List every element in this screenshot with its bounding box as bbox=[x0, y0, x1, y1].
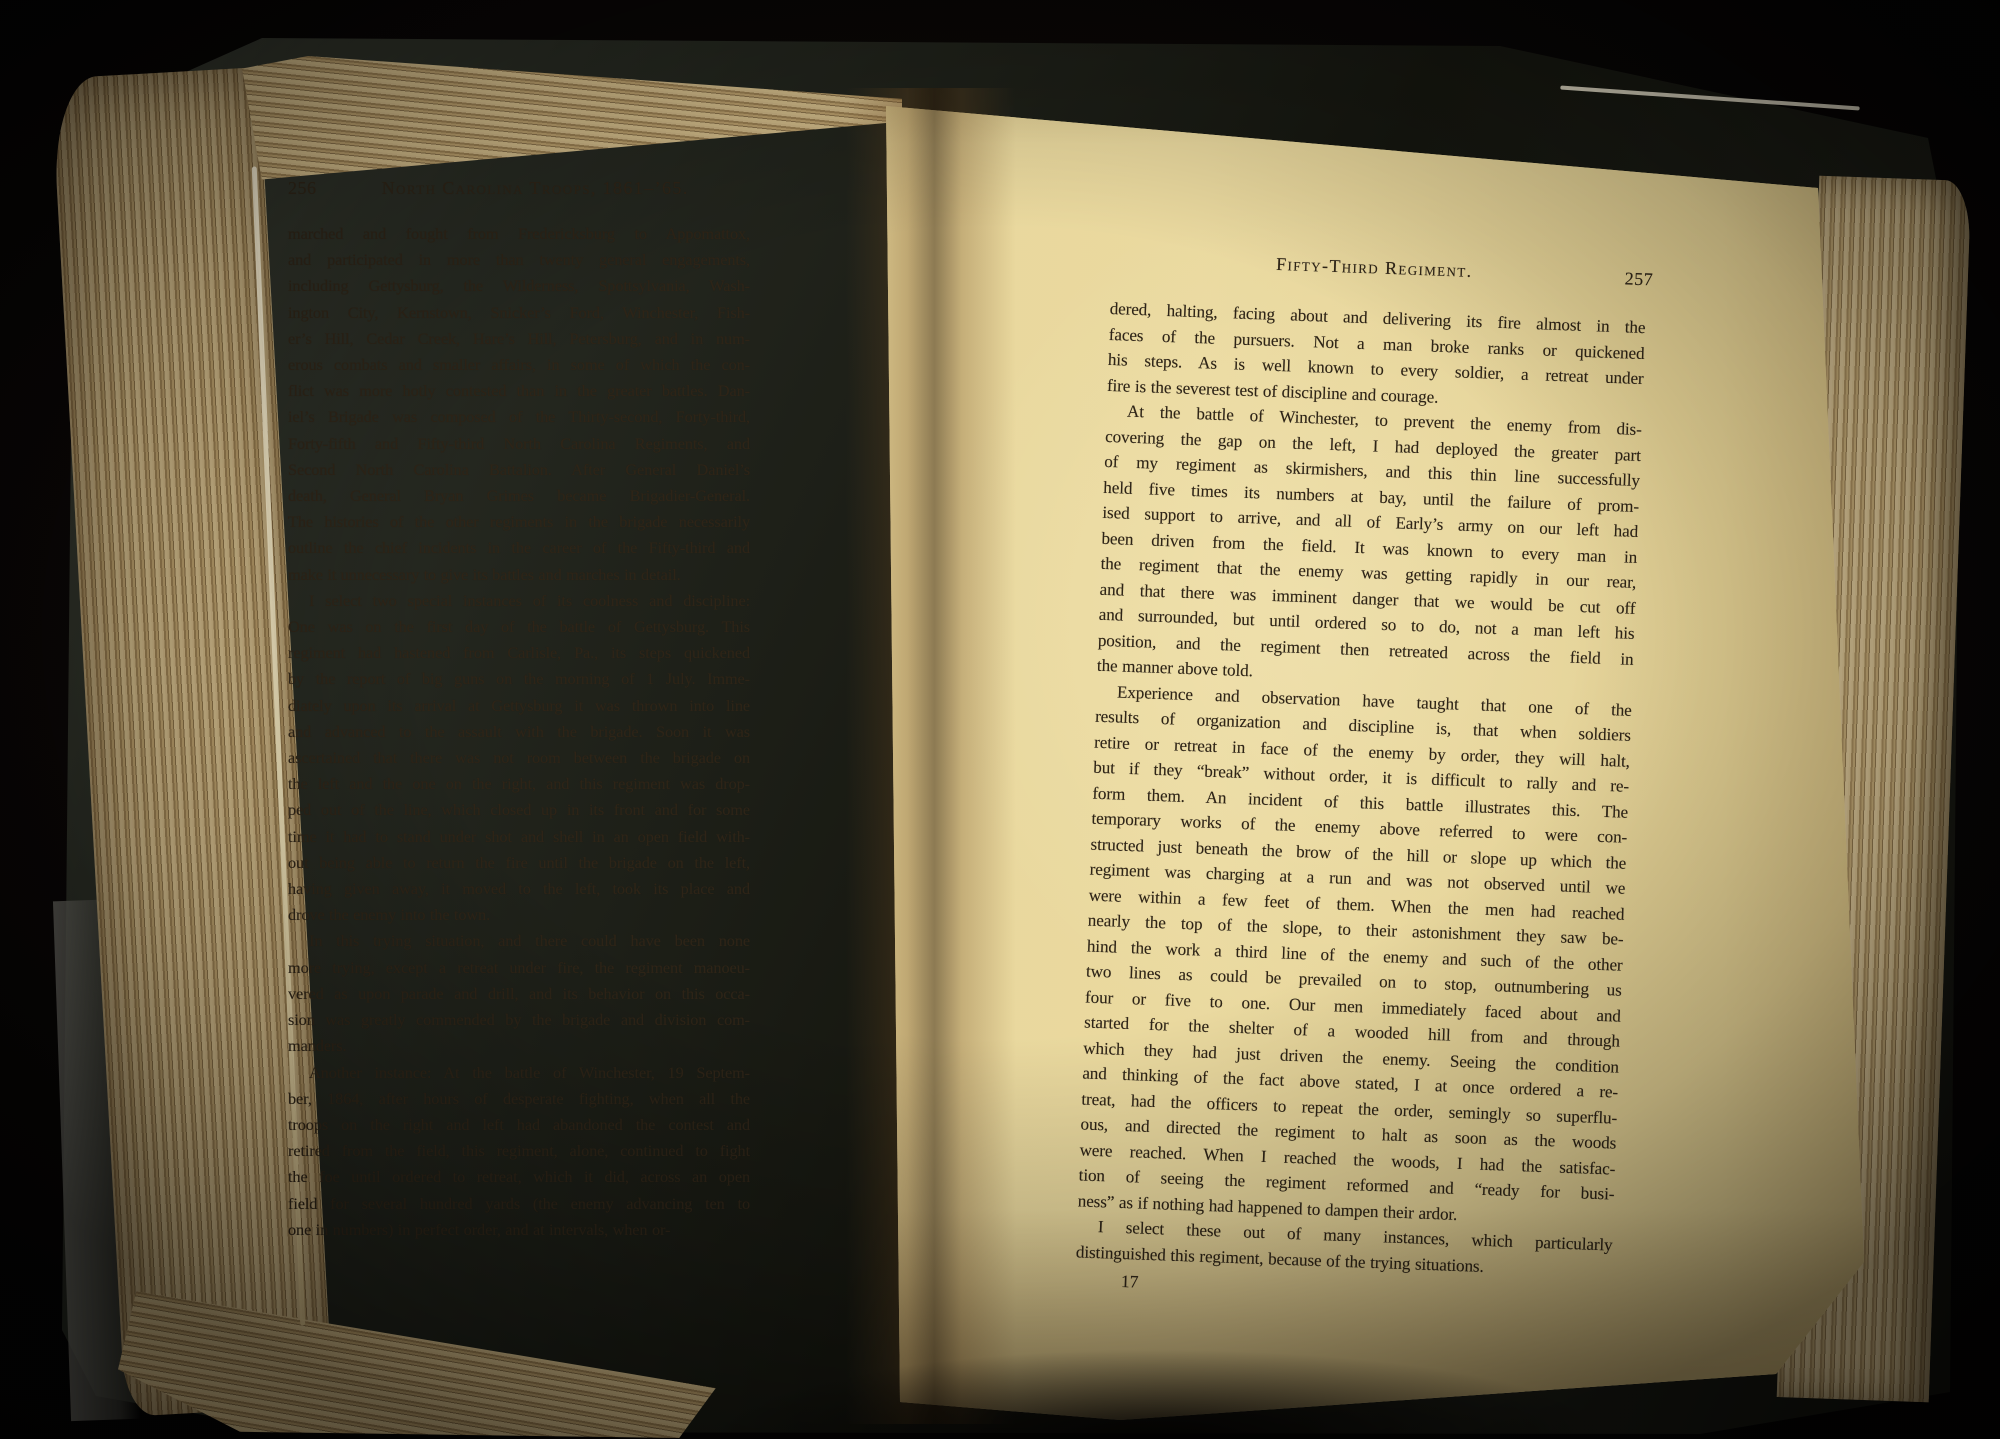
left-page-header: 256 North Carolina Troops, 1861–’65. bbox=[288, 176, 750, 200]
left-page-text: 256 North Carolina Troops, 1861–’65. mar… bbox=[288, 176, 750, 1243]
text-line: make it unnecessary to give its battles … bbox=[288, 562, 750, 588]
text-line: iel’s Brigade was composed of the Thirty… bbox=[288, 404, 750, 430]
text-line: Another instance: At the battle of Winch… bbox=[288, 1060, 750, 1086]
text-line: having given away, it moved to the left,… bbox=[288, 876, 750, 902]
gutter-shadow bbox=[846, 88, 1016, 1424]
text-line: by the report of big guns on the morning… bbox=[288, 666, 750, 692]
text-line: vered as upon parade and drill, and its … bbox=[288, 981, 750, 1007]
text-line: I select two special instances of its co… bbox=[288, 588, 750, 614]
text-line: erous combats and smaller affairs, in so… bbox=[288, 352, 750, 378]
text-line: including Gettysburg, the Wilderness, Sp… bbox=[288, 273, 750, 299]
right-page-number: 257 bbox=[1624, 266, 1653, 291]
text-line: field for several hundred yards (the ene… bbox=[288, 1191, 750, 1217]
text-line: ascertained that there was not room betw… bbox=[288, 745, 750, 771]
text-line: manders. bbox=[288, 1033, 750, 1059]
text-line: the foe until ordered to retreat, which … bbox=[288, 1164, 750, 1190]
text-line: sion was greatly commended by the brigad… bbox=[288, 1007, 750, 1033]
book-bottom-shadow bbox=[660, 1320, 1660, 1439]
text-line: troops on the right and left had abandon… bbox=[288, 1112, 750, 1138]
text-line: and participated in more than twenty gen… bbox=[288, 247, 750, 273]
text-line: Forty-fifth and Fifty-third North Caroli… bbox=[288, 431, 750, 457]
text-line: retired from the field, this regiment, a… bbox=[288, 1138, 750, 1164]
text-line: more trying, except a retreat under fire… bbox=[288, 955, 750, 981]
right-page-text: Fifty-Third Regiment. 257 dered, halting… bbox=[1075, 246, 1648, 1310]
text-line: time it had to stand under shot and shel… bbox=[288, 824, 750, 850]
text-line: drove the enemy into the town. bbox=[288, 902, 750, 928]
book-photograph: 256 North Carolina Troops, 1861–’65. mar… bbox=[0, 0, 2000, 1439]
text-line: diately upon its arrival at Gettysburg i… bbox=[288, 693, 750, 719]
text-line: and advanced to the assault with the bri… bbox=[288, 719, 750, 745]
text-line: er’s Hill, Cedar Creek, Hare’s Hill, Pet… bbox=[288, 326, 750, 352]
text-line: regiment had hastened from Carlisle, Pa.… bbox=[288, 640, 750, 666]
text-line: the left and the one on the right, and t… bbox=[288, 771, 750, 797]
text-line: flict was more hotly contested than in t… bbox=[288, 378, 750, 404]
text-line: one in numbers) in perfect order, and at… bbox=[288, 1217, 750, 1243]
text-line: The histories of the other regiments in … bbox=[288, 509, 750, 535]
right-page-body: dered, halting, facing about and deliver… bbox=[1076, 296, 1646, 1284]
text-line: outline the chief incidents in the caree… bbox=[288, 535, 750, 561]
text-line: ped out of the line, which closed up in … bbox=[288, 797, 750, 823]
text-line: marched and fought from Fredericksburg t… bbox=[288, 221, 750, 247]
text-line: Second North Carolina Battalion. After G… bbox=[288, 457, 750, 483]
text-line: ber, 1864, after hours of desperate figh… bbox=[288, 1086, 750, 1112]
text-line: In this trying situation, and there coul… bbox=[288, 928, 750, 954]
text-line: ington City, Kernstown, Snicker’s Ford, … bbox=[288, 300, 750, 326]
left-running-title: North Carolina Troops, 1861–’65. bbox=[317, 176, 751, 200]
text-line: out being able to return the fire until … bbox=[288, 850, 750, 876]
text-line: death, General Bryan Grimes became Briga… bbox=[288, 483, 750, 509]
left-page-number: 256 bbox=[288, 176, 317, 200]
text-line: One was on the first day of the battle o… bbox=[288, 614, 750, 640]
left-page-body: marched and fought from Fredericksburg t… bbox=[288, 221, 750, 1243]
